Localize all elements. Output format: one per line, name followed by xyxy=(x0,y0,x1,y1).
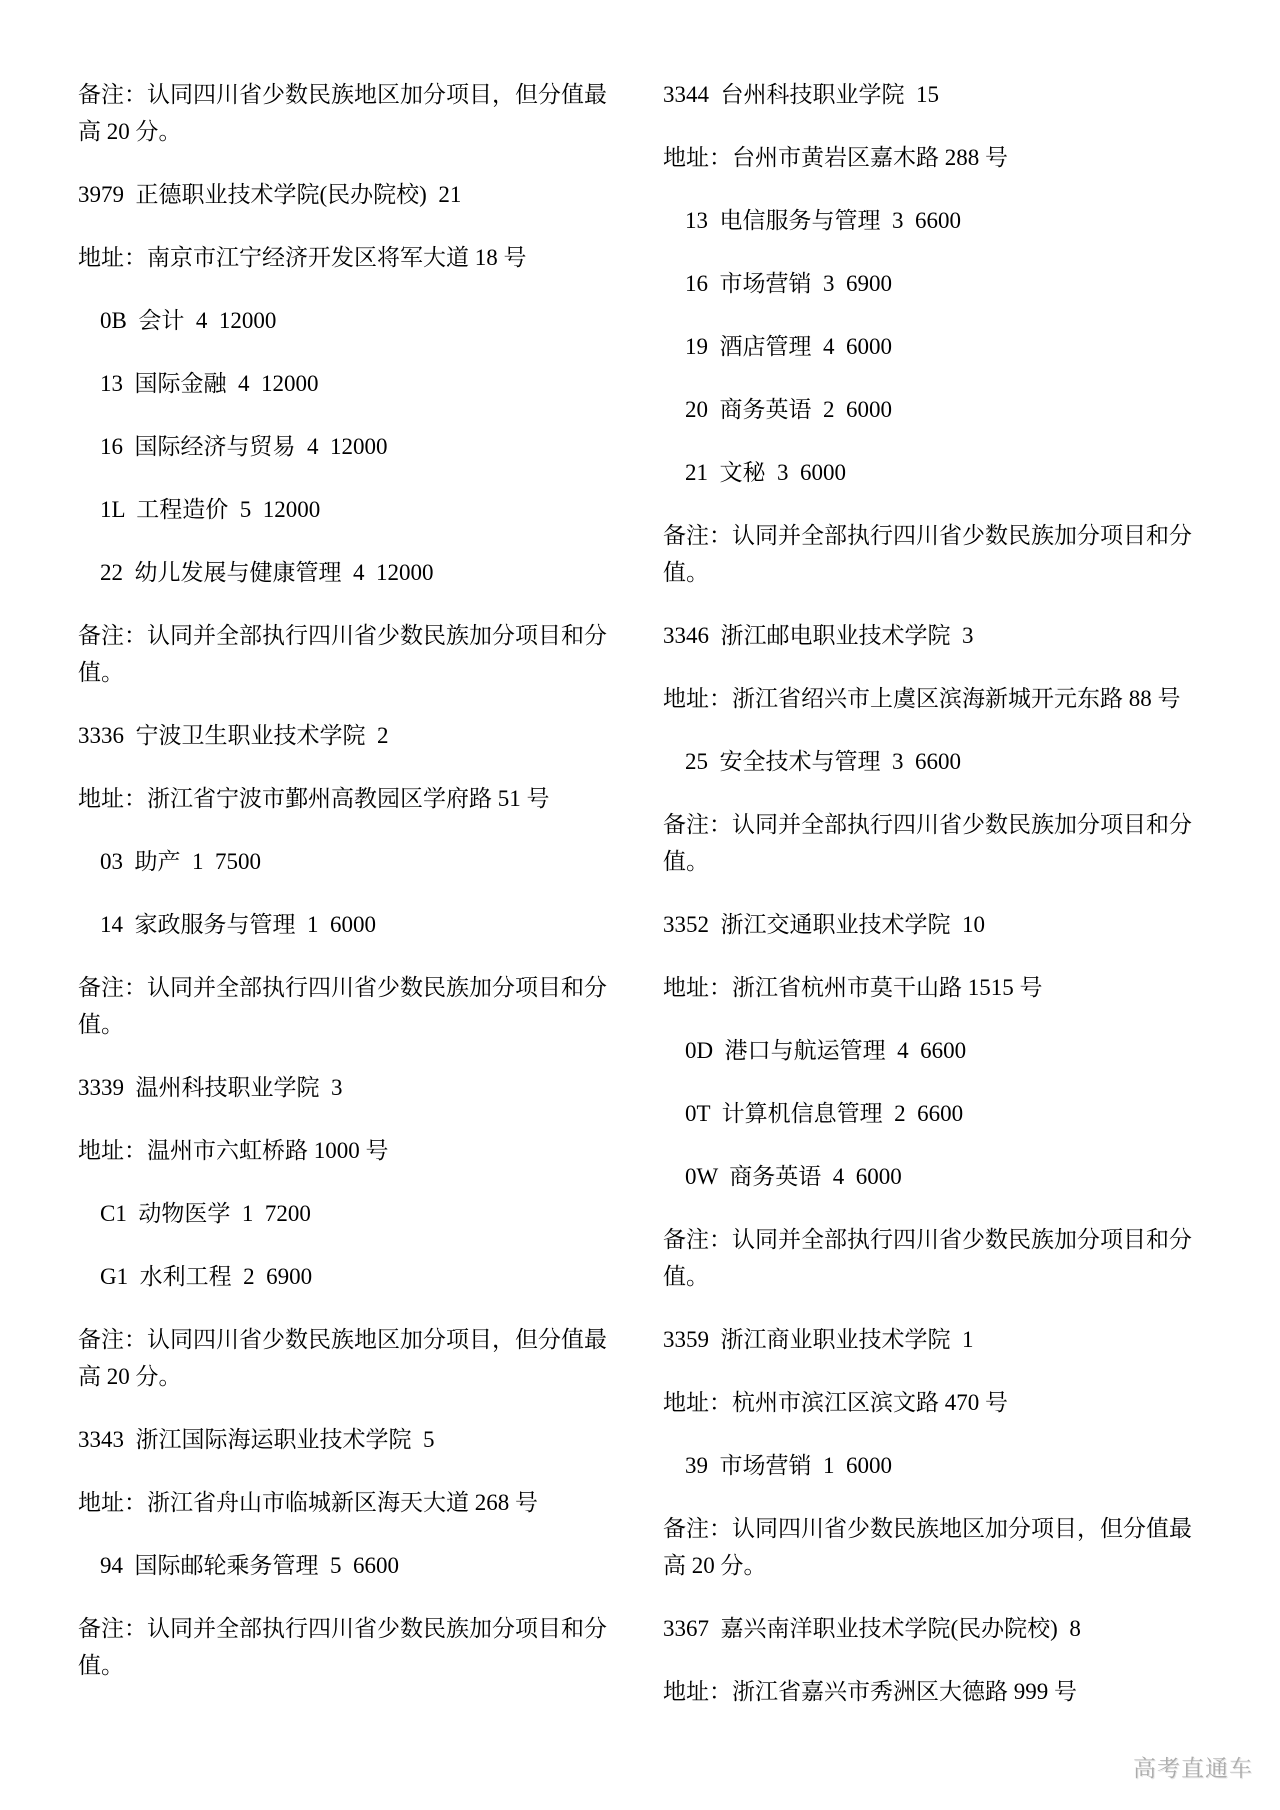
note-line: 备注：认同并全部执行四川省少数民族加分项目和分 xyxy=(78,969,620,1006)
school-block: 3359 浙江商业职业技术学院 1 xyxy=(663,1321,1220,1358)
note-block: 备注：认同并全部执行四川省少数民族加分项目和分值。 xyxy=(663,517,1220,591)
note-line: 高 20 分。 xyxy=(78,113,620,150)
major-block: 13 国际金融 4 12000 xyxy=(78,365,620,402)
note-block: 备注：认同四川省少数民族地区加分项目，但分值最高 20 分。 xyxy=(663,1510,1220,1584)
address-line: 地址：浙江省嘉兴市秀洲区大德路 999 号 xyxy=(663,1673,1220,1710)
major-block: 21 文秘 3 6000 xyxy=(663,454,1220,491)
address-block: 地址：浙江省绍兴市上虞区滨海新城开元东路 88 号 xyxy=(663,680,1220,717)
note-block: 备注：认同并全部执行四川省少数民族加分项目和分值。 xyxy=(78,1610,620,1684)
note-line: 备注：认同并全部执行四川省少数民族加分项目和分 xyxy=(663,806,1220,843)
major-line: 13 电信服务与管理 3 6600 xyxy=(663,202,1220,239)
major-block: 03 助产 1 7500 xyxy=(78,843,620,880)
note-line: 值。 xyxy=(78,1647,620,1684)
address-line: 地址：浙江省舟山市临城新区海天大道 268 号 xyxy=(78,1484,620,1521)
school-line: 3359 浙江商业职业技术学院 1 xyxy=(663,1321,1220,1358)
major-block: 14 家政服务与管理 1 6000 xyxy=(78,906,620,943)
address-block: 地址：浙江省舟山市临城新区海天大道 268 号 xyxy=(78,1484,620,1521)
note-block: 备注：认同并全部执行四川省少数民族加分项目和分值。 xyxy=(78,617,620,691)
major-block: 94 国际邮轮乘务管理 5 6600 xyxy=(78,1547,620,1584)
school-block: 3367 嘉兴南洋职业技术学院(民办院校) 8 xyxy=(663,1610,1220,1647)
school-block: 3339 温州科技职业学院 3 xyxy=(78,1069,620,1106)
major-line: 25 安全技术与管理 3 6600 xyxy=(663,743,1220,780)
major-line: 0D 港口与航运管理 4 6600 xyxy=(663,1032,1220,1069)
document-page: 备注：认同四川省少数民族地区加分项目，但分值最高 20 分。3979 正德职业技… xyxy=(0,0,1280,1810)
major-block: 16 国际经济与贸易 4 12000 xyxy=(78,428,620,465)
major-block: 25 安全技术与管理 3 6600 xyxy=(663,743,1220,780)
major-line: 0W 商务英语 4 6000 xyxy=(663,1158,1220,1195)
major-block: 0W 商务英语 4 6000 xyxy=(663,1158,1220,1195)
note-block: 备注：认同四川省少数民族地区加分项目，但分值最高 20 分。 xyxy=(78,76,620,150)
major-line: 1L 工程造价 5 12000 xyxy=(78,491,620,528)
school-line: 3336 宁波卫生职业技术学院 2 xyxy=(78,717,620,754)
major-line: 21 文秘 3 6000 xyxy=(663,454,1220,491)
major-line: C1 动物医学 1 7200 xyxy=(78,1195,620,1232)
school-line: 3343 浙江国际海运职业技术学院 5 xyxy=(78,1421,620,1458)
address-block: 地址：浙江省嘉兴市秀洲区大德路 999 号 xyxy=(663,1673,1220,1710)
major-line: 16 市场营销 3 6900 xyxy=(663,265,1220,302)
note-line: 备注：认同四川省少数民族地区加分项目，但分值最 xyxy=(663,1510,1220,1547)
note-line: 值。 xyxy=(663,554,1220,591)
school-block: 3352 浙江交通职业技术学院 10 xyxy=(663,906,1220,943)
note-line: 高 20 分。 xyxy=(663,1547,1220,1584)
address-block: 地址：杭州市滨江区滨文路 470 号 xyxy=(663,1384,1220,1421)
address-line: 地址：台州市黄岩区嘉木路 288 号 xyxy=(663,139,1220,176)
major-line: 20 商务英语 2 6000 xyxy=(663,391,1220,428)
address-line: 地址：南京市江宁经济开发区将军大道 18 号 xyxy=(78,239,620,276)
major-block: 0D 港口与航运管理 4 6600 xyxy=(663,1032,1220,1069)
note-line: 备注：认同四川省少数民族地区加分项目，但分值最 xyxy=(78,1321,620,1358)
school-block: 3346 浙江邮电职业技术学院 3 xyxy=(663,617,1220,654)
major-line: 22 幼儿发展与健康管理 4 12000 xyxy=(78,554,620,591)
watermark: 高考直通车 xyxy=(1133,1750,1253,1783)
address-block: 地址：南京市江宁经济开发区将军大道 18 号 xyxy=(78,239,620,276)
major-line: 14 家政服务与管理 1 6000 xyxy=(78,906,620,943)
address-line: 地址：浙江省杭州市莫干山路 1515 号 xyxy=(663,969,1220,1006)
major-block: 0B 会计 4 12000 xyxy=(78,302,620,339)
right-column: 3344 台州科技职业学院 15地址：台州市黄岩区嘉木路 288 号13 电信服… xyxy=(663,76,1220,1710)
note-line: 高 20 分。 xyxy=(78,1358,620,1395)
school-block: 3344 台州科技职业学院 15 xyxy=(663,76,1220,113)
note-line: 备注：认同并全部执行四川省少数民族加分项目和分 xyxy=(78,617,620,654)
major-line: 0B 会计 4 12000 xyxy=(78,302,620,339)
note-line: 值。 xyxy=(78,654,620,691)
note-block: 备注：认同并全部执行四川省少数民族加分项目和分值。 xyxy=(78,969,620,1043)
note-line: 备注：认同并全部执行四川省少数民族加分项目和分 xyxy=(663,1221,1220,1258)
school-block: 3336 宁波卫生职业技术学院 2 xyxy=(78,717,620,754)
address-block: 地址：浙江省杭州市莫干山路 1515 号 xyxy=(663,969,1220,1006)
major-block: 20 商务英语 2 6000 xyxy=(663,391,1220,428)
major-line: 39 市场营销 1 6000 xyxy=(663,1447,1220,1484)
major-block: 39 市场营销 1 6000 xyxy=(663,1447,1220,1484)
major-line: 19 酒店管理 4 6000 xyxy=(663,328,1220,365)
address-block: 地址：台州市黄岩区嘉木路 288 号 xyxy=(663,139,1220,176)
address-block: 地址：浙江省宁波市鄞州高教园区学府路 51 号 xyxy=(78,780,620,817)
major-block: 22 幼儿发展与健康管理 4 12000 xyxy=(78,554,620,591)
address-line: 地址：杭州市滨江区滨文路 470 号 xyxy=(663,1384,1220,1421)
address-line: 地址：浙江省宁波市鄞州高教园区学府路 51 号 xyxy=(78,780,620,817)
note-line: 备注：认同四川省少数民族地区加分项目，但分值最 xyxy=(78,76,620,113)
left-column: 备注：认同四川省少数民族地区加分项目，但分值最高 20 分。3979 正德职业技… xyxy=(78,76,620,1684)
major-line: 0T 计算机信息管理 2 6600 xyxy=(663,1095,1220,1132)
school-block: 3343 浙江国际海运职业技术学院 5 xyxy=(78,1421,620,1458)
school-line: 3352 浙江交通职业技术学院 10 xyxy=(663,906,1220,943)
major-block: G1 水利工程 2 6900 xyxy=(78,1258,620,1295)
major-block: 1L 工程造价 5 12000 xyxy=(78,491,620,528)
major-block: 13 电信服务与管理 3 6600 xyxy=(663,202,1220,239)
address-block: 地址：温州市六虹桥路 1000 号 xyxy=(78,1132,620,1169)
address-line: 地址：温州市六虹桥路 1000 号 xyxy=(78,1132,620,1169)
major-line: 13 国际金融 4 12000 xyxy=(78,365,620,402)
school-line: 3979 正德职业技术学院(民办院校) 21 xyxy=(78,176,620,213)
note-line: 值。 xyxy=(663,1258,1220,1295)
major-line: 16 国际经济与贸易 4 12000 xyxy=(78,428,620,465)
major-line: G1 水利工程 2 6900 xyxy=(78,1258,620,1295)
major-block: 0T 计算机信息管理 2 6600 xyxy=(663,1095,1220,1132)
major-block: 16 市场营销 3 6900 xyxy=(663,265,1220,302)
school-line: 3367 嘉兴南洋职业技术学院(民办院校) 8 xyxy=(663,1610,1220,1647)
note-block: 备注：认同并全部执行四川省少数民族加分项目和分值。 xyxy=(663,806,1220,880)
school-line: 3344 台州科技职业学院 15 xyxy=(663,76,1220,113)
address-line: 地址：浙江省绍兴市上虞区滨海新城开元东路 88 号 xyxy=(663,680,1220,717)
school-block: 3979 正德职业技术学院(民办院校) 21 xyxy=(78,176,620,213)
school-line: 3346 浙江邮电职业技术学院 3 xyxy=(663,617,1220,654)
note-line: 值。 xyxy=(78,1006,620,1043)
note-line: 备注：认同并全部执行四川省少数民族加分项目和分 xyxy=(78,1610,620,1647)
note-block: 备注：认同四川省少数民族地区加分项目，但分值最高 20 分。 xyxy=(78,1321,620,1395)
school-line: 3339 温州科技职业学院 3 xyxy=(78,1069,620,1106)
note-block: 备注：认同并全部执行四川省少数民族加分项目和分值。 xyxy=(663,1221,1220,1295)
major-line: 94 国际邮轮乘务管理 5 6600 xyxy=(78,1547,620,1584)
major-block: 19 酒店管理 4 6000 xyxy=(663,328,1220,365)
note-line: 值。 xyxy=(663,843,1220,880)
major-line: 03 助产 1 7500 xyxy=(78,843,620,880)
note-line: 备注：认同并全部执行四川省少数民族加分项目和分 xyxy=(663,517,1220,554)
major-block: C1 动物医学 1 7200 xyxy=(78,1195,620,1232)
